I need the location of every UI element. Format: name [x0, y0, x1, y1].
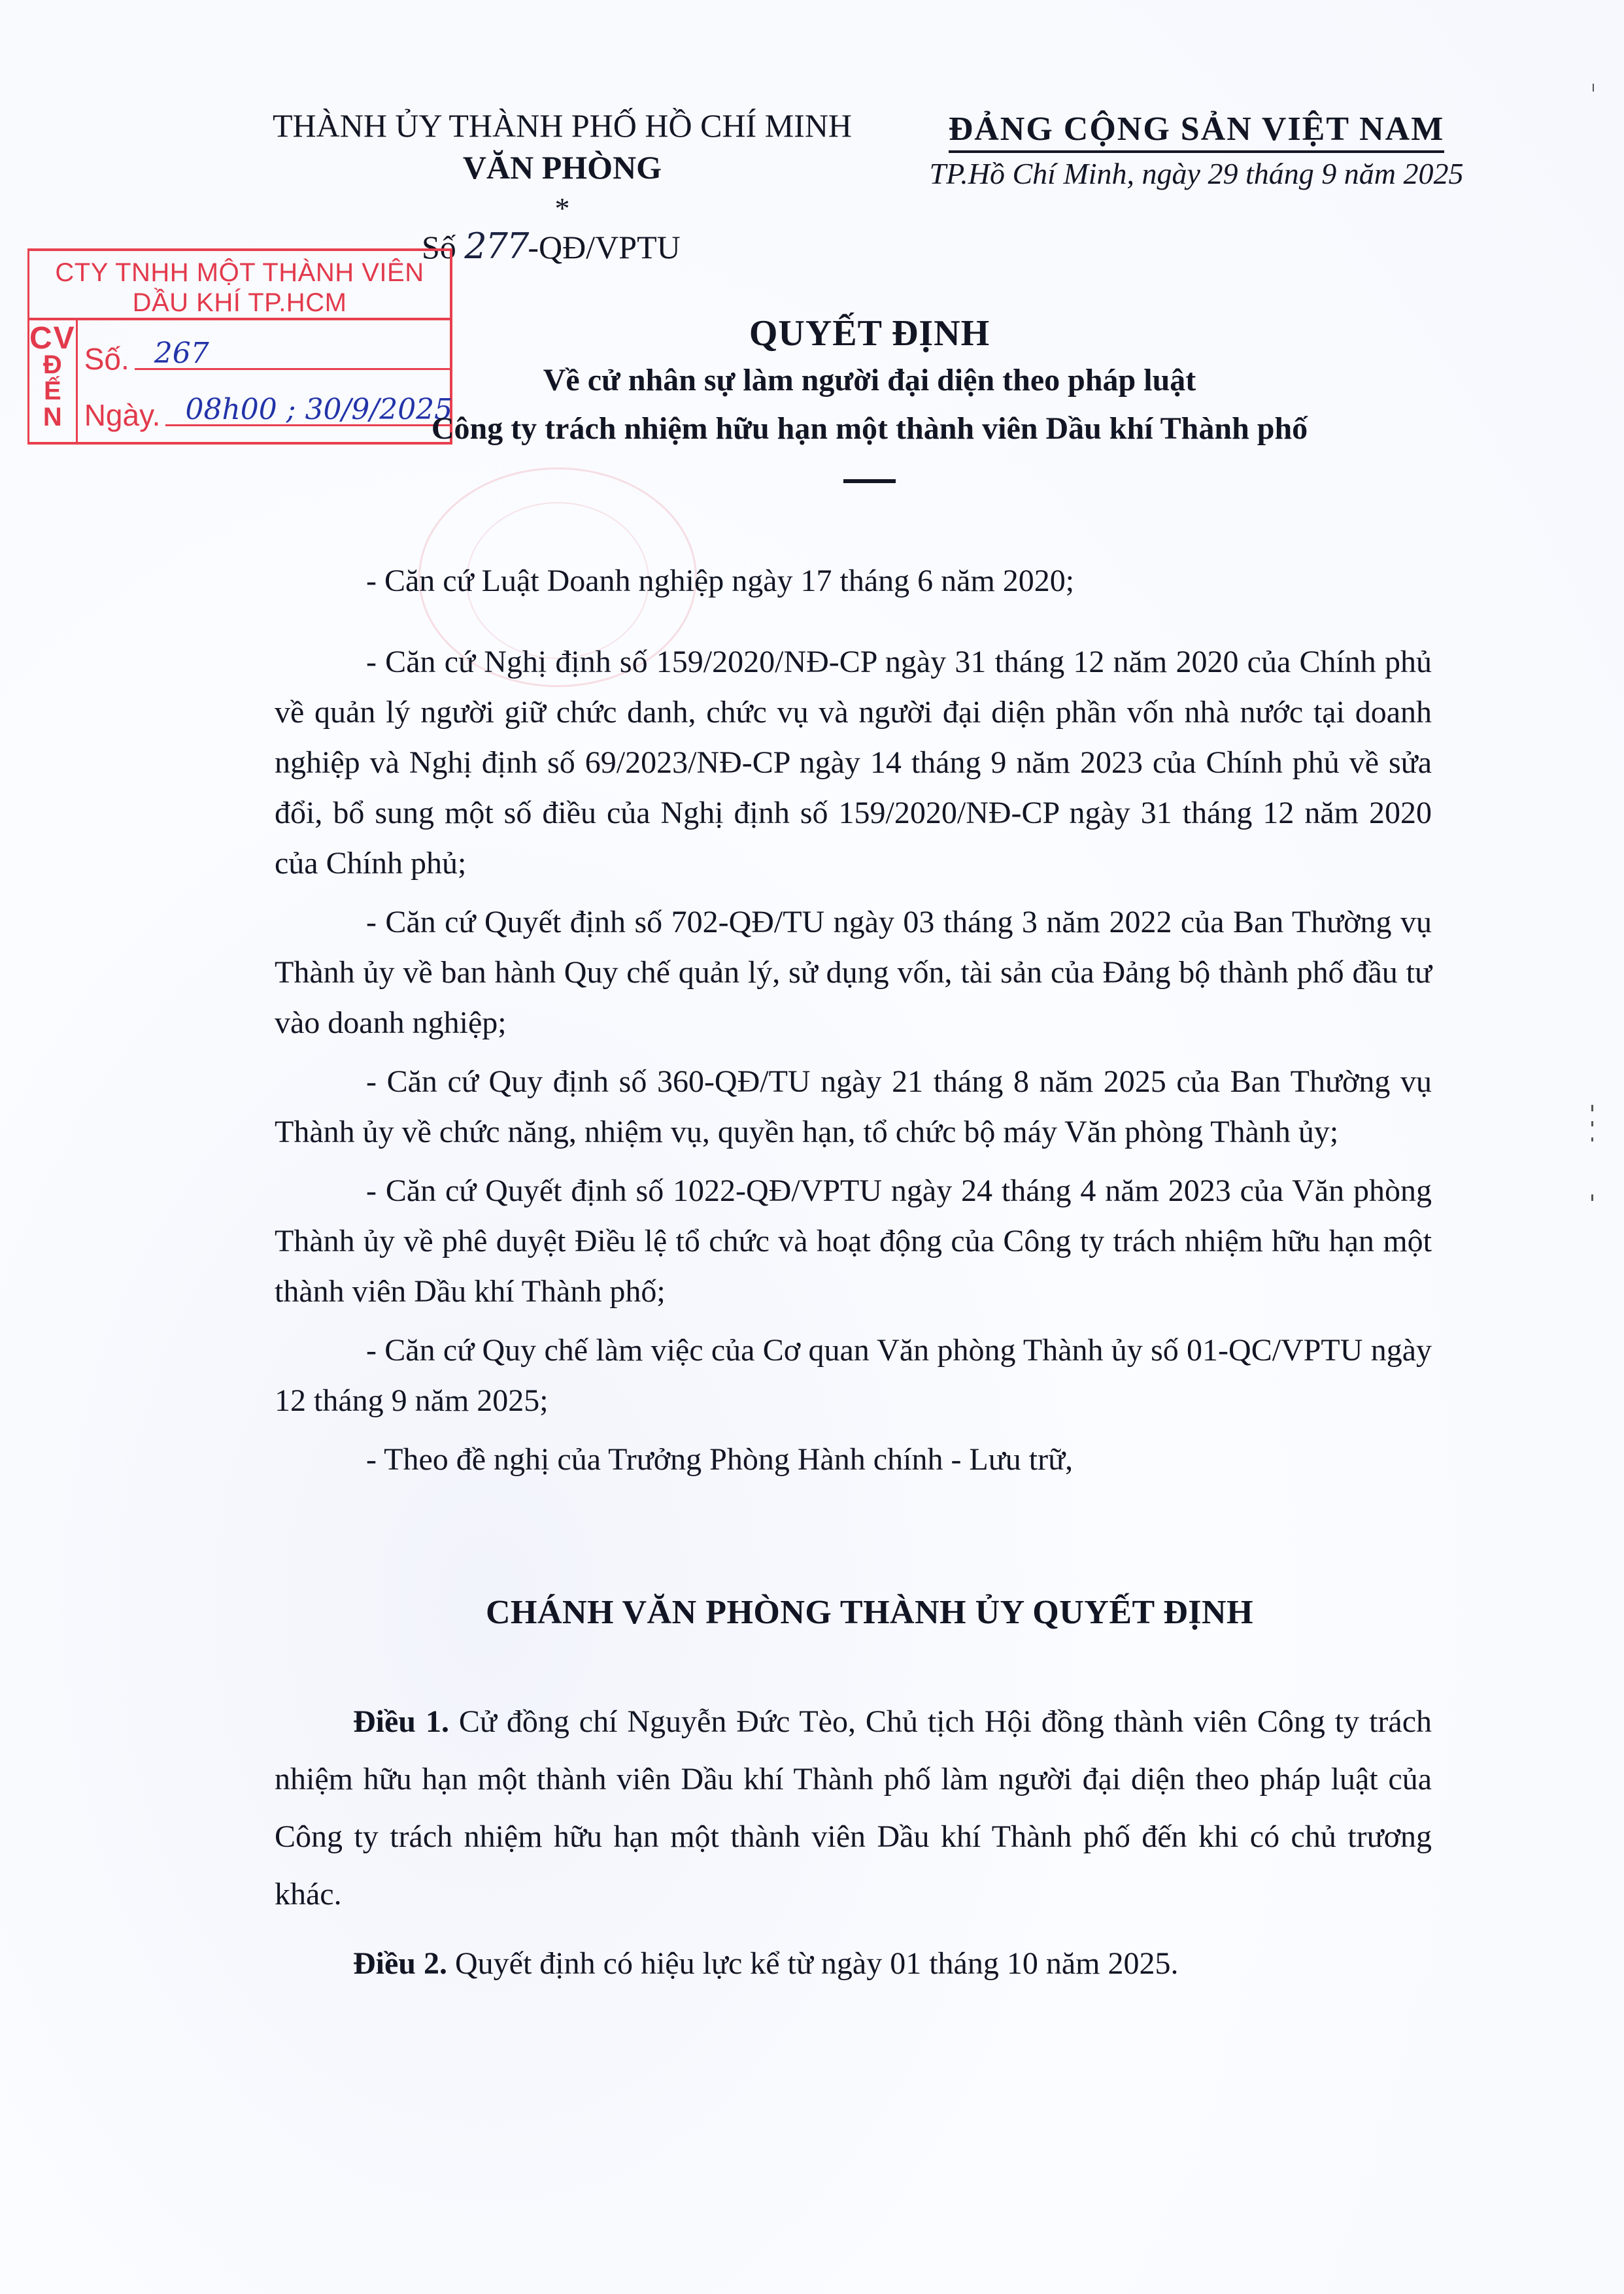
decision-title: QUYẾT ĐỊNH — [222, 311, 1517, 356]
party-name: ĐẢNG CỘNG SẢN VIỆT NAM — [949, 110, 1445, 153]
stamp-d: Đ — [29, 352, 76, 378]
scan-speck — [1591, 1194, 1593, 1201]
stamp-side-label: CV Đ Ế N — [29, 320, 78, 442]
stamp-number-label: Số. — [84, 341, 129, 377]
decision-title-block: QUYẾT ĐỊNH Về cử nhân sự làm người đại d… — [222, 311, 1517, 483]
issuing-unit: VĂN PHÒNG — [222, 146, 902, 188]
doc-number-suffix: -QĐ/VPTU — [528, 229, 680, 265]
legal-basis: - Căn cứ Nghị định số 159/2020/NĐ-CP ngà… — [275, 637, 1432, 888]
article-2: Điều 2. Quyết định có hiệu lực kể từ ngà… — [275, 1935, 1432, 1993]
star-separator: * — [222, 194, 902, 224]
legal-basis: - Căn cứ Quy định số 360-QĐ/TU ngày 21 t… — [275, 1056, 1432, 1157]
scan-speck — [1591, 1105, 1593, 1111]
legal-basis: - Theo đề nghị của Trưởng Phòng Hành chí… — [275, 1434, 1432, 1485]
legal-basis: - Căn cứ Quy chế làm việc của Cơ quan Vă… — [275, 1325, 1432, 1426]
parent-organization: THÀNH ỦY THÀNH PHỐ HỒ CHÍ MINH — [222, 105, 902, 146]
doc-number-handwritten: 277 — [464, 226, 528, 267]
document-number: Số 277-QĐ/VPTU — [422, 226, 681, 267]
scan-speck — [1593, 84, 1594, 92]
article-label: Điều 1. — [353, 1704, 449, 1739]
decision-subtitle-line2: Công ty trách nhiệm hữu hạn một thành vi… — [222, 405, 1517, 453]
stamp-n: N — [29, 404, 76, 430]
stamp-cv: CV — [29, 326, 76, 352]
legal-bases: - Căn cứ Luật Doanh nghiệp ngày 17 tháng… — [275, 556, 1432, 1493]
scan-speck — [1591, 1121, 1593, 1126]
document-page: THÀNH ỦY THÀNH PHỐ HỒ CHÍ MINH VĂN PHÒNG… — [0, 0, 1624, 2294]
legal-basis: - Căn cứ Quyết định số 1022-QĐ/VPTU ngày… — [275, 1166, 1432, 1317]
legal-basis: - Căn cứ Luật Doanh nghiệp ngày 17 tháng… — [275, 556, 1432, 606]
legal-basis: - Căn cứ Quyết định số 702-QĐ/TU ngày 03… — [275, 897, 1432, 1048]
stamp-e: Ế — [29, 378, 76, 404]
article-1: Điều 1. Cử đồng chí Nguyễn Đức Tèo, Chủ … — [275, 1693, 1432, 1923]
stamp-date-label: Ngày. — [84, 397, 161, 433]
scan-speck — [1591, 1138, 1593, 1141]
place-and-date: TP.Hồ Chí Minh, ngày 29 tháng 9 năm 2025 — [915, 154, 1478, 194]
article-label: Điều 2. — [353, 1946, 447, 1981]
article-text: Quyết định có hiệu lực kể từ ngày 01 thá… — [447, 1946, 1178, 1981]
stamp-company-line1: CTY TNHH MỘT THÀNH VIÊN — [29, 258, 450, 288]
decision-heading: CHÁNH VĂN PHÒNG THÀNH ỦY QUYẾT ĐỊNH — [222, 1593, 1517, 1632]
articles: Điều 1. Cử đồng chí Nguyễn Đức Tèo, Chủ … — [275, 1693, 1432, 2004]
decision-subtitle-line1: Về cử nhân sự làm người đại diện theo ph… — [222, 356, 1517, 405]
national-header: ĐẢNG CỘNG SẢN VIỆT NAM TP.Hồ Chí Minh, n… — [915, 110, 1478, 194]
title-divider — [843, 479, 896, 483]
issuing-authority: THÀNH ỦY THÀNH PHỐ HỒ CHÍ MINH VĂN PHÒNG… — [222, 105, 902, 224]
